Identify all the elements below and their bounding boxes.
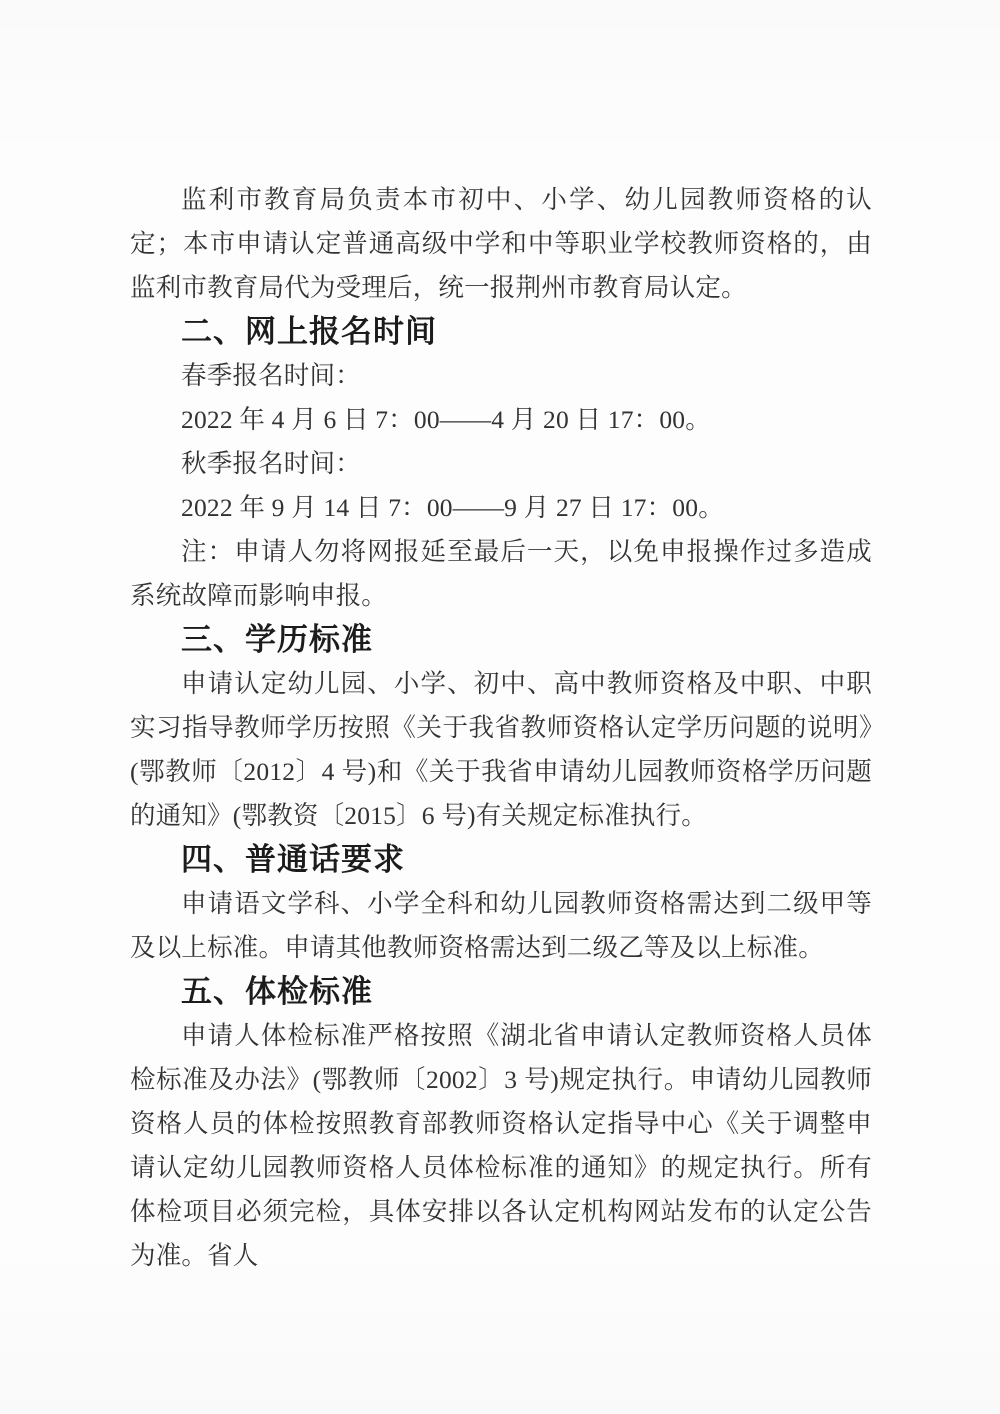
section-heading-education-standard: 三、学历标准 <box>130 618 872 662</box>
paragraph-spring-registration-dates: 2022 年 4 月 6 日 7：00——4 月 20 日 17：00。 <box>130 398 872 442</box>
document-body: 监利市教育局负责本市初中、小学、幼儿园教师资格的认定；本市申请认定普通高级中学和… <box>130 178 872 1278</box>
paragraph-putonghua-requirement: 申请语文学科、小学全科和幼儿园教师资格需达到二级甲等及以上标准。申请其他教师资格… <box>130 882 872 970</box>
section-heading-putonghua-requirement: 四、普通话要求 <box>130 838 872 882</box>
section-heading-physical-exam-standard: 五、体检标准 <box>130 970 872 1014</box>
paragraph-spring-registration-label: 春季报名时间： <box>130 354 872 398</box>
paragraph-jurisdiction: 监利市教育局负责本市初中、小学、幼儿园教师资格的认定；本市申请认定普通高级中学和… <box>130 178 872 310</box>
paragraph-physical-exam-standard: 申请人体检标准严格按照《湖北省申请认定教师资格人员体检标准及办法》(鄂教师〔20… <box>130 1014 872 1278</box>
paragraph-autumn-registration-dates: 2022 年 9 月 14 日 7：00——9 月 27 日 17：00。 <box>130 486 872 530</box>
section-heading-online-registration-time: 二、网上报名时间 <box>130 310 872 354</box>
document-page: 监利市教育局负责本市初中、小学、幼儿园教师资格的认定；本市申请认定普通高级中学和… <box>0 0 1000 1414</box>
paragraph-autumn-registration-label: 秋季报名时间： <box>130 442 872 486</box>
paragraph-education-standard: 申请认定幼儿园、小学、初中、高中教师资格及中职、中职实习指导教师学历按照《关于我… <box>130 662 872 838</box>
paragraph-registration-note: 注：申请人勿将网报延至最后一天，以免申报操作过多造成系统故障而影响申报。 <box>130 530 872 618</box>
